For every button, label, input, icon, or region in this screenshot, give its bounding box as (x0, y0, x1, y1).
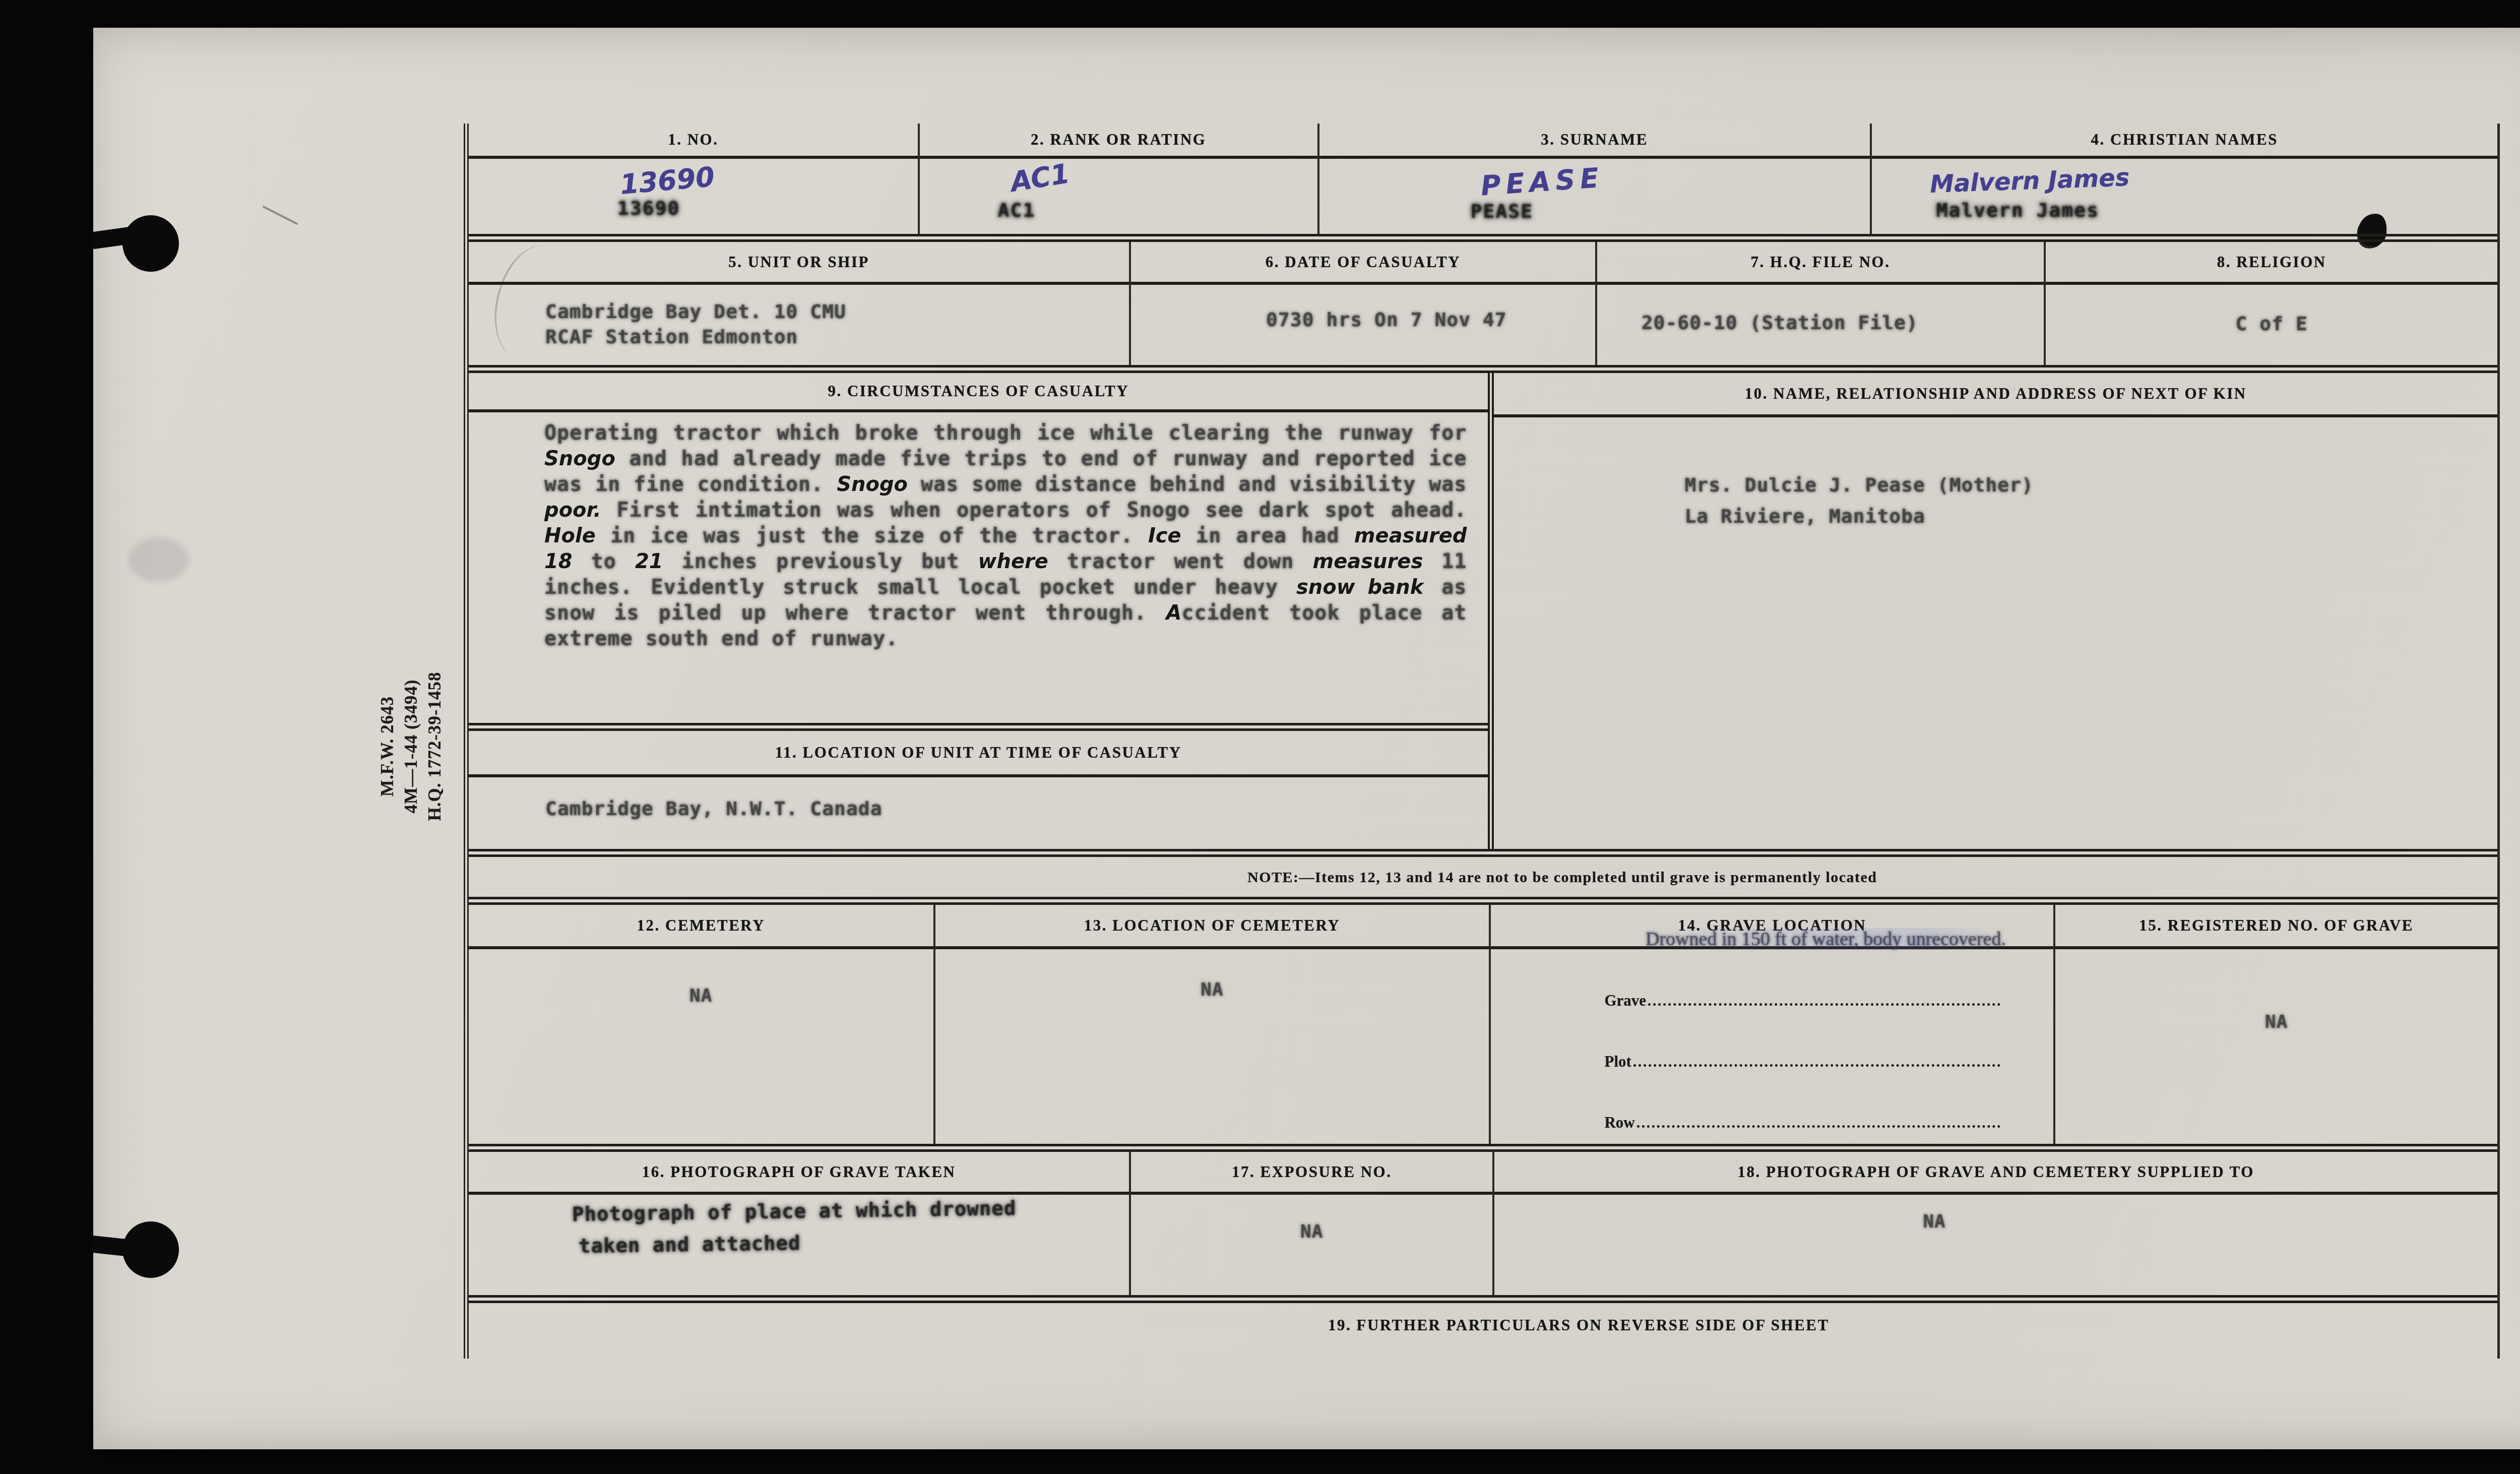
field-exposure-no: 17. EXPOSURE NO. NA (1129, 1152, 1492, 1295)
field-registered-no: 15. REGISTERED NO. OF GRAVE NA (2053, 905, 2497, 1144)
grave-line-label: Grave (1604, 992, 1646, 1010)
exposure-no-value: NA (1131, 1221, 1492, 1242)
note-text: NOTE:—Items 12, 13 and 14 are not to be … (1247, 869, 1877, 886)
field-label: 7. H.Q. FILE NO. (1597, 242, 2044, 285)
row-photograph: 16. PHOTOGRAPH OF GRAVE TAKEN Photograph… (469, 1152, 2497, 1303)
handwritten-service-number: 13690 (619, 161, 716, 201)
field-label: 2. RANK OR RATING (920, 124, 1317, 159)
further-particulars-label: 19. FURTHER PARTICULARS ON REVERSE SIDE … (1328, 1316, 1830, 1334)
handwritten-rank: AC1 (1008, 157, 1072, 198)
row-note: NOTE:—Items 12, 13 and 14 are not to be … (469, 857, 2497, 905)
plot-line-label: Plot (1604, 1053, 1631, 1071)
date-of-casualty-value: 0730 hrs On 7 Nov 47 (1266, 309, 1507, 331)
hq-file-no-value: 20-60-10 (Station File) (1642, 312, 1918, 334)
punch-hole-bottom-tear (91, 1236, 132, 1257)
cemetery-location-value: NA (935, 979, 1489, 1000)
handwritten-christian-names: Malvern James (1929, 163, 2130, 199)
field-label: 17. EXPOSURE NO. (1131, 1152, 1492, 1195)
field-label: 11. LOCATION OF UNIT AT TIME OF CASUALTY (469, 731, 1488, 777)
circumstances-text-segment: snow bank (1296, 576, 1423, 599)
circumstances-text-segment: Hole (544, 524, 596, 547)
field-label: 3. SURNAME (1319, 124, 1870, 159)
field-label: 1. NO. (469, 124, 918, 159)
grave-location-overlay-text: Drowned in 150 ft of water, body unrecov… (1646, 928, 2006, 950)
circumstances-text-segment: Snogo (544, 447, 615, 470)
field-cemetery-location: 13. LOCATION OF CEMETERY NA (933, 905, 1489, 1144)
field-label: 5. UNIT OR SHIP (469, 242, 1129, 285)
circumstances-text-segment: where (978, 550, 1048, 573)
scan-background: M.F.W. 2643 4M—1-44 (3494) H.Q. 1772-39-… (0, 0, 2520, 1474)
unit-value-line1: Cambridge Bay Det. 10 CMU (545, 297, 846, 326)
row-line-label: Row (1604, 1114, 1634, 1132)
field-unit-or-ship: 5. UNIT OR SHIP Cambridge Bay Det. 10 CM… (469, 242, 1129, 365)
circumstances-text-segment: in area had (1181, 524, 1354, 547)
field-surname: 3. SURNAME PEASE PEASE (1317, 124, 1870, 234)
circumstances-text-segment: in ice was just the size of the tractor. (596, 524, 1148, 547)
row-grave: Drowned in 150 ft of water, body unrecov… (469, 905, 2497, 1152)
form-number-stamp: M.F.W. 2643 4M—1-44 (3494) H.Q. 1772-39-… (375, 628, 447, 865)
unit-location-value: Cambridge Bay, N.W.T. Canada (545, 797, 883, 820)
row-unit-date: 5. UNIT OR SHIP Cambridge Bay Det. 10 CM… (469, 242, 2497, 373)
field-label: 12. CEMETERY (469, 905, 933, 949)
unit-value-line2: RCAF Station Edmonton (545, 326, 798, 348)
field-label: 10. NAME, RELATIONSHIP AND ADDRESS OF NE… (1494, 373, 2497, 417)
field-rank: 2. RANK OR RATING AC1 AC1 (918, 124, 1317, 234)
field-label: 4. CHRISTIAN NAMES (1872, 124, 2497, 159)
field-next-of-kin: 10. NAME, RELATIONSHIP AND ADDRESS OF NE… (1488, 373, 2497, 849)
margin-smudge (129, 537, 189, 582)
field-religion: 8. RELIGION C of E (2044, 242, 2497, 365)
registered-no-value: NA (2055, 1012, 2497, 1032)
row-circumstances-kin: 9. CIRCUMSTANCES OF CASUALTY Operating t… (469, 373, 2497, 857)
field-christian-names: 4. CHRISTIAN NAMES Malvern James Malvern… (1870, 124, 2497, 234)
field-hq-file-no: 7. H.Q. FILE NO. 20-60-10 (Station File) (1595, 242, 2044, 365)
photo-taken-line2: taken and attached (579, 1232, 801, 1258)
field-cemetery: 12. CEMETERY NA (469, 905, 933, 1144)
smudged-typed-service-number: 13690 (617, 197, 680, 219)
stamp-line: 4M—1-44 (3494) (399, 628, 423, 865)
dotted-leader (1637, 1125, 2001, 1128)
field-label: 9. CIRCUMSTANCES OF CASUALTY (469, 373, 1488, 412)
circumstances-text-segment: tractor went down (1048, 550, 1313, 573)
photo-supplied-value: NA (1923, 1211, 1945, 1232)
field-label: 18. PHOTOGRAPH OF GRAVE AND CEMETERY SUP… (1494, 1152, 2497, 1195)
pencil-scratch (262, 206, 298, 225)
circumstances-text-segment: Operating tractor which broke through ic… (544, 421, 1467, 445)
handwritten-surname: PEASE (1480, 162, 1605, 202)
row-line: Row (1604, 1114, 2000, 1132)
stamp-line: H.Q. 1772-39-1458 (423, 628, 447, 865)
circumstances-text-segment: First intimation was when operators of S… (601, 499, 1467, 522)
field-photo-supplied: 18. PHOTOGRAPH OF GRAVE AND CEMETERY SUP… (1492, 1152, 2497, 1295)
field-service-number: 1. NO. 13690 13690 (469, 124, 918, 234)
next-of-kin-address: La Riviere, Manitoba (1684, 505, 1925, 527)
circumstances-text-segment: Snogo (837, 473, 908, 496)
field-label: 6. DATE OF CASUALTY (1131, 242, 1595, 285)
smudged-typed-rank: AC1 (998, 199, 1036, 221)
circumstances-text-segment: measures (1312, 550, 1423, 573)
field-label: 13. LOCATION OF CEMETERY (935, 905, 1489, 949)
circumstances-text-segment: Ice (1148, 524, 1181, 547)
field-circumstances: 9. CIRCUMSTANCES OF CASUALTY Operating t… (469, 373, 1488, 731)
stamp-line: M.F.W. 2643 (375, 628, 399, 865)
circumstances-text-segment: 21 (635, 550, 663, 573)
casualty-form: 1. NO. 13690 13690 2. RANK OR RATING AC1… (464, 124, 2500, 1359)
field-unit-location: 11. LOCATION OF UNIT AT TIME OF CASUALTY… (469, 731, 1488, 849)
smudged-typed-surname: PEASE (1471, 200, 1533, 222)
field-label: 8. RELIGION (2046, 242, 2497, 285)
field-label: 16. PHOTOGRAPH OF GRAVE TAKEN (469, 1152, 1129, 1195)
circumstances-text-segment: poor. (544, 499, 601, 522)
circumstances-text-segment: to (573, 550, 635, 573)
document-paper: M.F.W. 2643 4M—1-44 (3494) H.Q. 1772-39-… (93, 28, 2520, 1449)
left-column: 9. CIRCUMSTANCES OF CASUALTY Operating t… (469, 373, 1488, 849)
cemetery-value: NA (469, 986, 933, 1006)
circumstances-text-segment: was some distance behind and visibility … (908, 473, 1467, 496)
row-identity: 1. NO. 13690 13690 2. RANK OR RATING AC1… (469, 124, 2497, 242)
smudged-typed-christian-names: Malvern James (1936, 199, 2099, 221)
grave-line: Grave (1604, 992, 2000, 1010)
circumstances-text: Operating tractor which broke through ic… (469, 412, 1488, 652)
next-of-kin-name: Mrs. Dulcie J. Pease (Mother) (1684, 474, 2033, 496)
photo-taken-line1: Photograph of place at which drowned (572, 1197, 1017, 1226)
circumstances-text-segment: A (1166, 601, 1181, 625)
plot-line: Plot (1604, 1053, 2000, 1071)
field-photo-taken: 16. PHOTOGRAPH OF GRAVE TAKEN Photograph… (469, 1152, 1129, 1295)
religion-value: C of E (2046, 313, 2497, 335)
dotted-leader (1648, 1003, 2000, 1006)
field-date-of-casualty: 6. DATE OF CASUALTY 0730 hrs On 7 Nov 47 (1129, 242, 1595, 365)
field-label: 15. REGISTERED NO. OF GRAVE (2055, 905, 2497, 949)
dotted-leader (1633, 1064, 2000, 1067)
circumstances-text-segment: inches previously but (663, 550, 978, 573)
row-further-particulars: 19. FURTHER PARTICULARS ON REVERSE SIDE … (469, 1303, 2497, 1359)
